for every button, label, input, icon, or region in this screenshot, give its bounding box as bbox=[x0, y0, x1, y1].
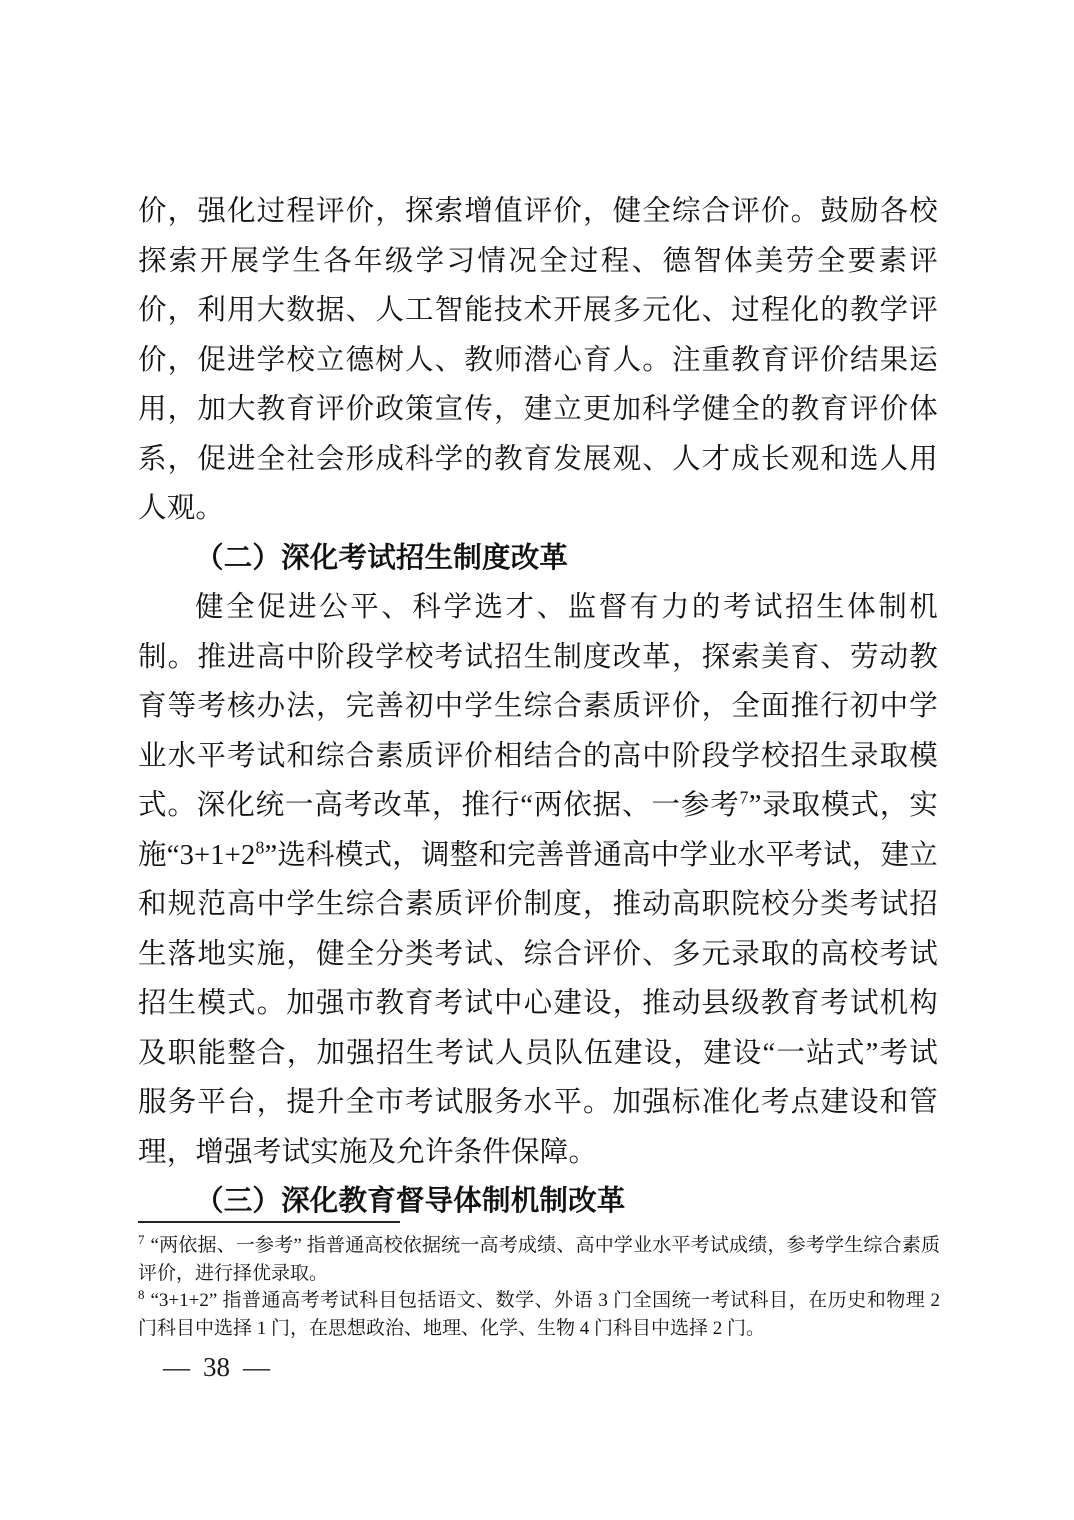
page-number-left-dash: — bbox=[163, 1350, 190, 1384]
text-run: ”选科模式，调整和完善普通高中学业水平考试，建立和规范高中学生综合素质评价制度，… bbox=[138, 840, 938, 1168]
footnote-ref: 7 bbox=[740, 788, 749, 808]
footnote-text: “两依据、一参考” 指普通高校依据统一高考成绩、高中学业水平考试成绩，参考学生综… bbox=[138, 1235, 940, 1284]
page-number-right-dash: — bbox=[243, 1350, 270, 1384]
text-run: （三）深化教育督导体制机制改革 bbox=[195, 1186, 626, 1217]
text-run: （二）深化考试招生制度改革 bbox=[195, 543, 568, 574]
document-body: 价，强化过程评价，探索增值评价，健全综合评价。鼓励各校探索开展学生各年级学习情况… bbox=[138, 187, 938, 1227]
footnote-separator-rule bbox=[138, 1221, 400, 1223]
footnote-marker: 8 bbox=[138, 1287, 144, 1302]
body-paragraph: 健全促进公平、科学选才、监督有力的考试招生体制机制。推进高中阶段学校考试招生制度… bbox=[138, 583, 938, 1177]
body-paragraph: 价，强化过程评价，探索增值评价，健全综合评价。鼓励各校探索开展学生各年级学习情况… bbox=[138, 187, 938, 534]
footnotes-list: 7“两依据、一参考” 指普通高校依据统一高考成绩、高中学业水平考试成绩，参考学生… bbox=[138, 1232, 940, 1342]
footnotes-section: 7“两依据、一参考” 指普通高校依据统一高考成绩、高中学业水平考试成绩，参考学生… bbox=[138, 1221, 940, 1342]
text-run: 价，强化过程评价，探索增值评价，健全综合评价。鼓励各校探索开展学生各年级学习情况… bbox=[138, 196, 938, 524]
footnote-ref: 8 bbox=[255, 837, 264, 857]
footnote: 8“3+1+2” 指普通高考考试科目包括语文、数学、外语 3 门全国统一考试科目… bbox=[138, 1287, 940, 1342]
page-number: — 38 — bbox=[163, 1350, 270, 1384]
document-page: 价，强化过程评价，探索增值评价，健全综合评价。鼓励各校探索开展学生各年级学习情况… bbox=[0, 0, 1074, 1520]
section-heading: （二）深化考试招生制度改革 bbox=[138, 534, 938, 584]
page-number-value: 38 bbox=[203, 1350, 230, 1384]
footnote-text: “3+1+2” 指普通高考考试科目包括语文、数学、外语 3 门全国统一考试科目，… bbox=[138, 1290, 940, 1339]
text-run: 健全促进公平、科学选才、监督有力的考试招生体制机制。推进高中阶段学校考试招生制度… bbox=[138, 592, 938, 821]
footnote: 7“两依据、一参考” 指普通高校依据统一高考成绩、高中学业水平考试成绩，参考学生… bbox=[138, 1232, 940, 1287]
section-heading: （三）深化教育督导体制机制改革 bbox=[138, 1177, 938, 1227]
footnote-marker: 7 bbox=[138, 1232, 144, 1247]
